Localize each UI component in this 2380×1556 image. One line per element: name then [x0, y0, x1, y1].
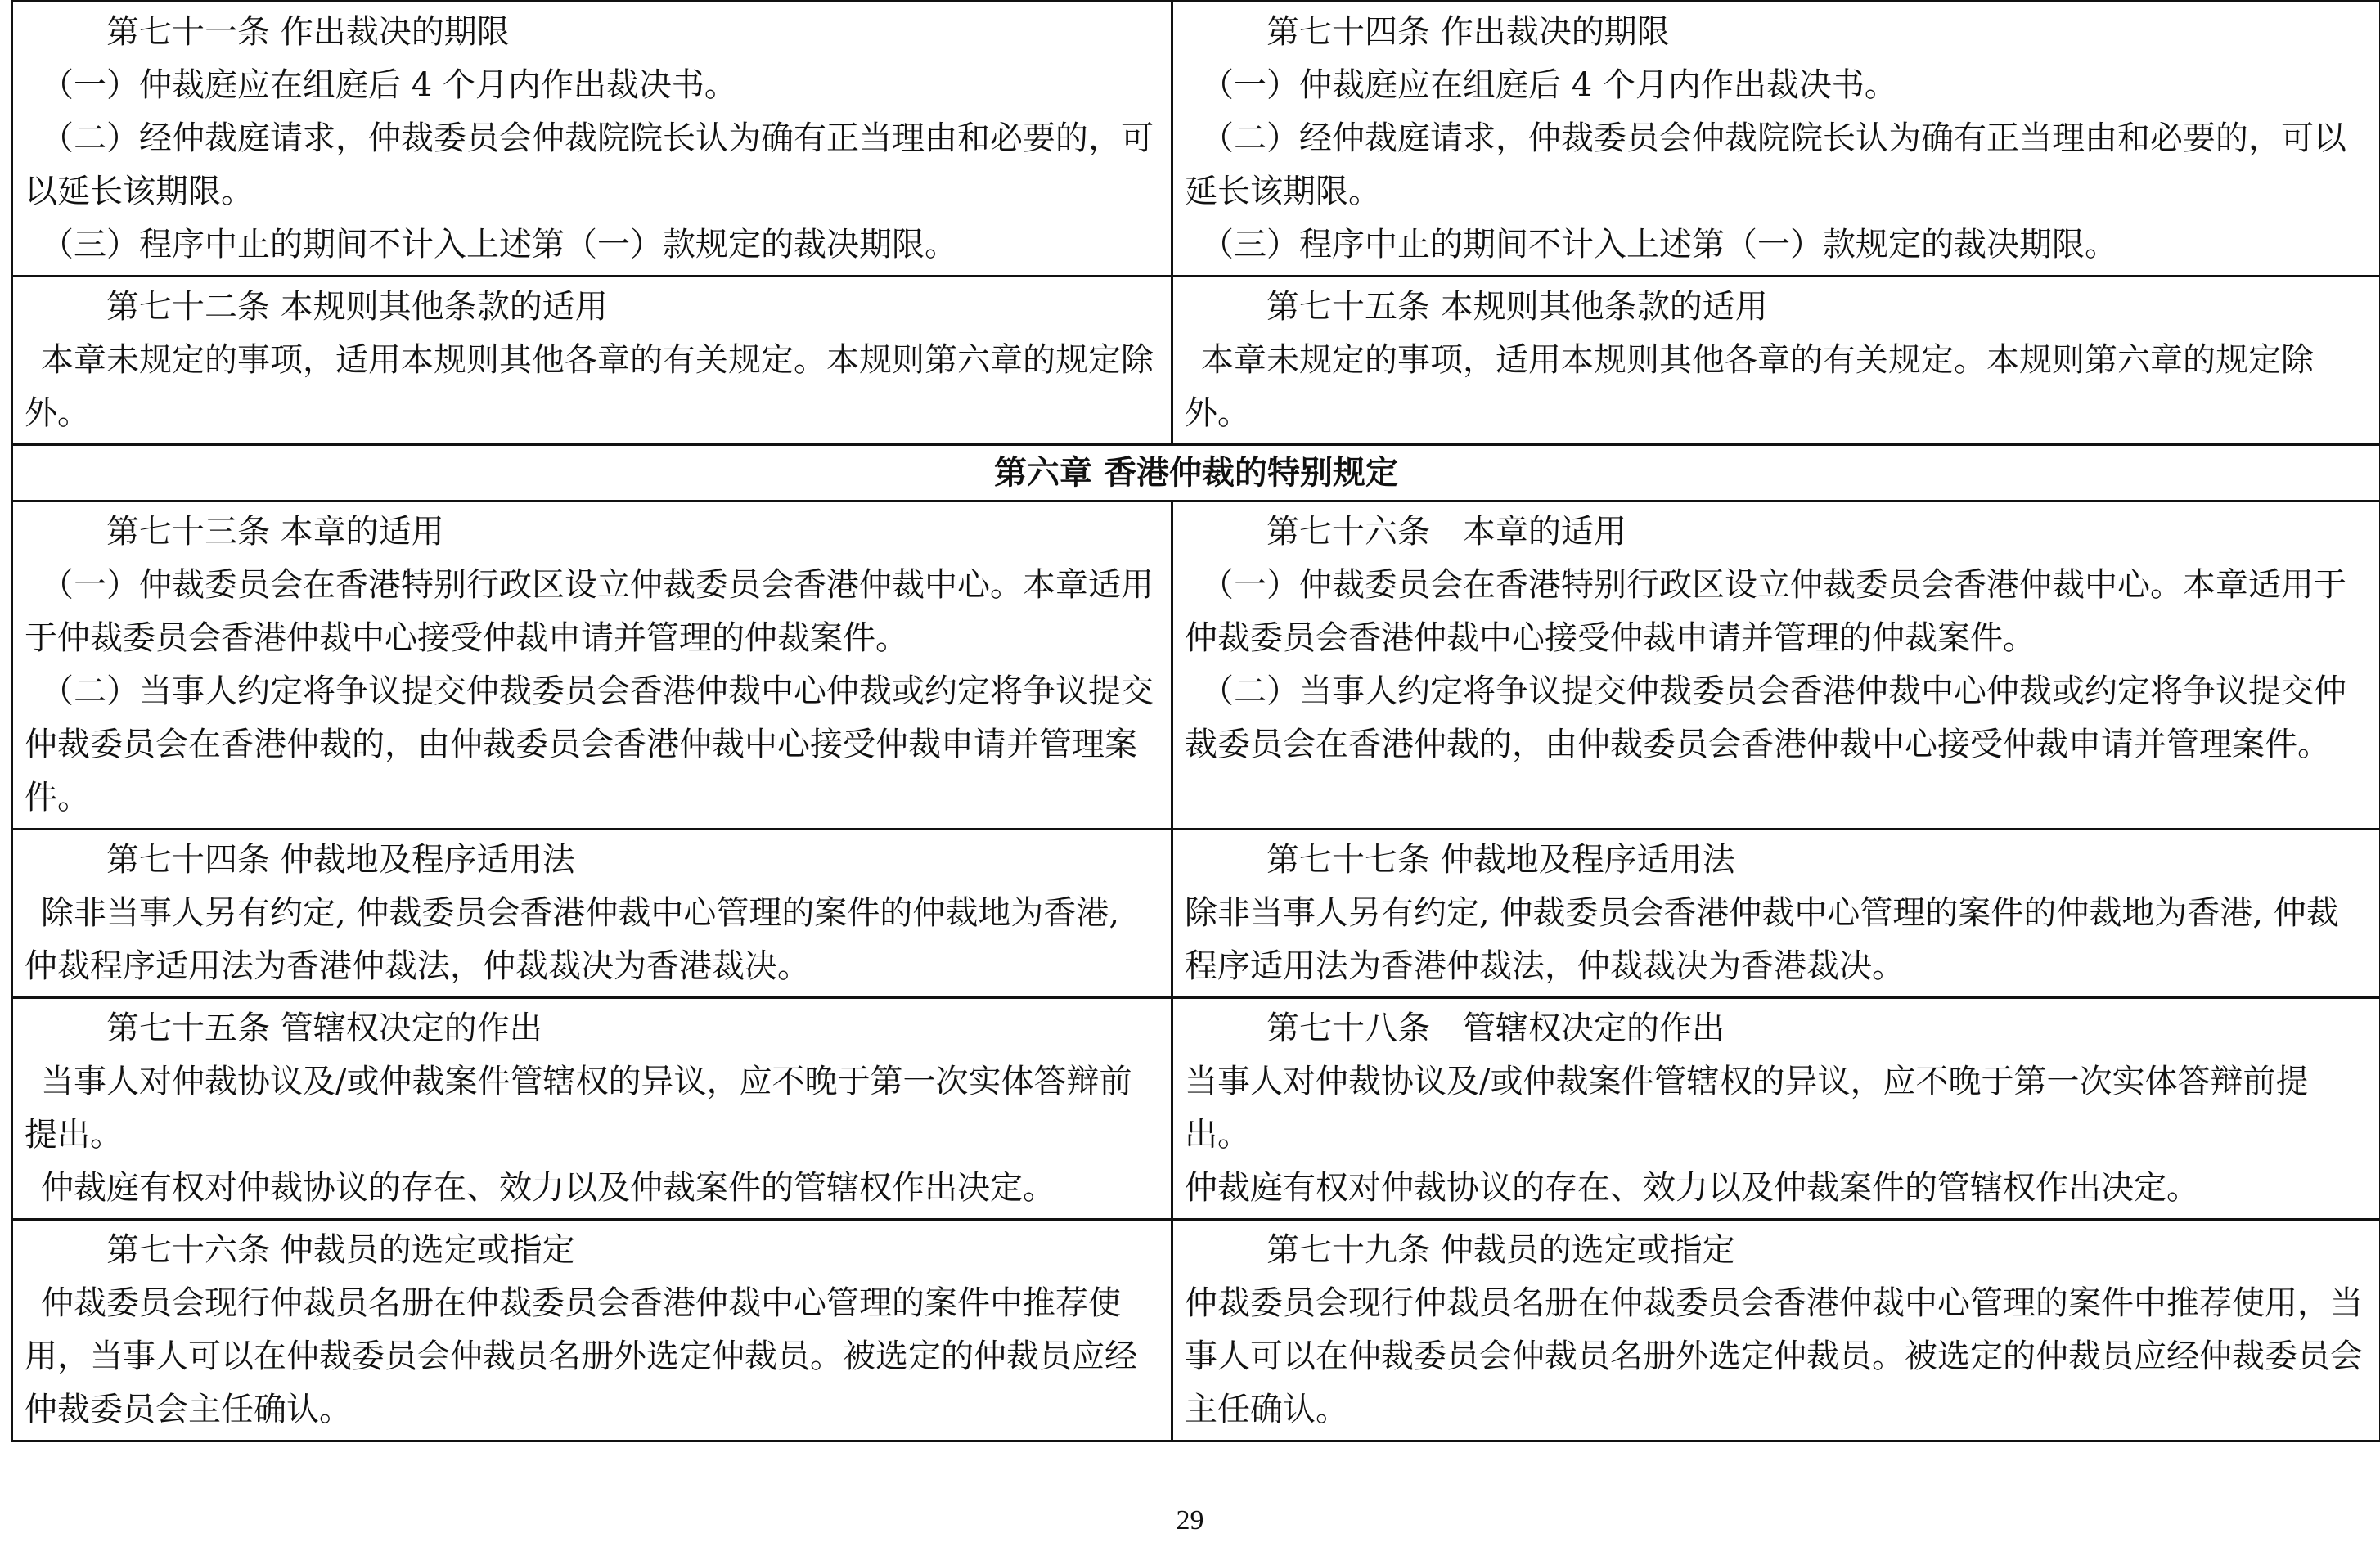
document-page: 第七十一条 作出裁决的期限 （一）仲裁庭应在组庭后 4 个月内作出裁决书。 （二…: [0, 0, 2380, 1556]
left-cell-article-74: 第七十四条 仲裁地及程序适用法 除非当事人另有约定, 仲裁委员会香港仲裁中心管理…: [12, 830, 1172, 998]
article-title: 第七十一条 作出裁决的期限: [25, 6, 1154, 59]
article-paragraph: 仲裁委员会现行仲裁员名册在仲裁委员会香港仲裁中心管理的案件中推荐使用，当事人可以…: [1185, 1277, 2363, 1437]
article-title: 第七十五条 管辖权决定的作出: [25, 1002, 1154, 1055]
right-cell-article-76: 第七十六条 本章的适用 （一）仲裁委员会在香港特别行政区设立仲裁委员会香港仲裁中…: [1172, 501, 2380, 830]
left-cell-article-71: 第七十一条 作出裁决的期限 （一）仲裁庭应在组庭后 4 个月内作出裁决书。 （二…: [12, 2, 1172, 277]
article-paragraph: （三）程序中止的期间不计入上述第（一）款规定的裁决期限。: [25, 218, 1154, 272]
article-paragraph: 本章未规定的事项，适用本规则其他各章的有关规定。本规则第六章的规定除外。: [25, 334, 1154, 440]
article-title: 第七十七条 仲裁地及程序适用法: [1185, 834, 2363, 887]
left-cell-article-72: 第七十二条 本规则其他条款的适用 本章未规定的事项，适用本规则其他各章的有关规定…: [12, 277, 1172, 445]
article-paragraph: （二）当事人约定将争议提交仲裁委员会香港仲裁中心仲裁或约定将争议提交仲裁委员会在…: [1185, 665, 2363, 771]
table-row: 第七十一条 作出裁决的期限 （一）仲裁庭应在组庭后 4 个月内作出裁决书。 （二…: [12, 2, 2380, 277]
right-cell-article-75: 第七十五条 本规则其他条款的适用 本章未规定的事项，适用本规则其他各章的有关规定…: [1172, 277, 2380, 445]
article-title: 第七十九条 仲裁员的选定或指定: [1185, 1224, 2363, 1277]
article-title: 第七十六条 本章的适用: [1185, 506, 2363, 559]
article-paragraph: （二）当事人约定将争议提交仲裁委员会香港仲裁中心仲裁或约定将争议提交仲裁委员会在…: [25, 665, 1154, 825]
left-cell-article-76: 第七十六条 仲裁员的选定或指定 仲裁委员会现行仲裁员名册在仲裁委员会香港仲裁中心…: [12, 1220, 1172, 1441]
left-cell-article-75: 第七十五条 管辖权决定的作出 当事人对仲裁协议及/或仲裁案件管辖权的异议，应不晚…: [12, 998, 1172, 1220]
article-paragraph: 仲裁委员会现行仲裁员名册在仲裁委员会香港仲裁中心管理的案件中推荐使用，当事人可以…: [25, 1277, 1154, 1437]
article-paragraph: 仲裁庭有权对仲裁协议的存在、效力以及仲裁案件的管辖权作出决定。: [1185, 1162, 2363, 1215]
article-paragraph: （三）程序中止的期间不计入上述第（一）款规定的裁决期限。: [1185, 218, 2363, 272]
article-paragraph: （二）经仲裁庭请求，仲裁委员会仲裁院院长认为确有正当理由和必要的，可以延长该期限…: [1185, 112, 2363, 218]
table-row: 第七十三条 本章的适用 （一）仲裁委员会在香港特别行政区设立仲裁委员会香港仲裁中…: [12, 501, 2380, 830]
article-paragraph: 本章未规定的事项，适用本规则其他各章的有关规定。本规则第六章的规定除外。: [1185, 334, 2363, 440]
article-paragraph: 除非当事人另有约定, 仲裁委员会香港仲裁中心管理的案件的仲裁地为香港, 仲裁程序…: [1185, 887, 2363, 993]
table-row: 第七十四条 仲裁地及程序适用法 除非当事人另有约定, 仲裁委员会香港仲裁中心管理…: [12, 830, 2380, 998]
article-title: 第七十二条 本规则其他条款的适用: [25, 281, 1154, 334]
right-cell-article-74: 第七十四条 作出裁决的期限 （一）仲裁庭应在组庭后 4 个月内作出裁决书。 （二…: [1172, 2, 2380, 277]
article-paragraph: （一）仲裁委员会在香港特别行政区设立仲裁委员会香港仲裁中心。本章适用于仲裁委员会…: [25, 559, 1154, 665]
table-row: 第七十五条 管辖权决定的作出 当事人对仲裁协议及/或仲裁案件管辖权的异议，应不晚…: [12, 998, 2380, 1220]
article-title: 第七十四条 仲裁地及程序适用法: [25, 834, 1154, 887]
right-cell-article-78: 第七十八条 管辖权决定的作出 当事人对仲裁协议及/或仲裁案件管辖权的异议，应不晚…: [1172, 998, 2380, 1220]
rules-comparison-table: 第七十一条 作出裁决的期限 （一）仲裁庭应在组庭后 4 个月内作出裁决书。 （二…: [11, 0, 2380, 1442]
left-cell-article-73: 第七十三条 本章的适用 （一）仲裁委员会在香港特别行政区设立仲裁委员会香港仲裁中…: [12, 501, 1172, 830]
article-paragraph: （一）仲裁委员会在香港特别行政区设立仲裁委员会香港仲裁中心。本章适用于仲裁委员会…: [1185, 559, 2363, 665]
chapter-heading: 第六章 香港仲裁的特别规定: [12, 445, 2380, 501]
article-paragraph: 除非当事人另有约定, 仲裁委员会香港仲裁中心管理的案件的仲裁地为香港, 仲裁程序…: [25, 887, 1154, 993]
table-row: 第七十六条 仲裁员的选定或指定 仲裁委员会现行仲裁员名册在仲裁委员会香港仲裁中心…: [12, 1220, 2380, 1441]
right-cell-article-79: 第七十九条 仲裁员的选定或指定 仲裁委员会现行仲裁员名册在仲裁委员会香港仲裁中心…: [1172, 1220, 2380, 1441]
article-title: 第七十五条 本规则其他条款的适用: [1185, 281, 2363, 334]
article-paragraph: 当事人对仲裁协议及/或仲裁案件管辖权的异议，应不晚于第一次实体答辩前提出。: [1185, 1055, 2363, 1162]
article-title: 第七十三条 本章的适用: [25, 506, 1154, 559]
page-number: 29: [0, 1505, 2380, 1536]
right-cell-article-77: 第七十七条 仲裁地及程序适用法 除非当事人另有约定, 仲裁委员会香港仲裁中心管理…: [1172, 830, 2380, 998]
article-paragraph: 当事人对仲裁协议及/或仲裁案件管辖权的异议，应不晚于第一次实体答辩前提出。: [25, 1055, 1154, 1162]
article-paragraph: （二）经仲裁庭请求，仲裁委员会仲裁院院长认为确有正当理由和必要的，可以延长该期限…: [25, 112, 1154, 218]
article-paragraph: （一）仲裁庭应在组庭后 4 个月内作出裁决书。: [25, 59, 1154, 112]
article-paragraph: （一）仲裁庭应在组庭后 4 个月内作出裁决书。: [1185, 59, 2363, 112]
article-title: 第七十八条 管辖权决定的作出: [1185, 1002, 2363, 1055]
article-paragraph: 仲裁庭有权对仲裁协议的存在、效力以及仲裁案件的管辖权作出决定。: [25, 1162, 1154, 1215]
article-title: 第七十六条 仲裁员的选定或指定: [25, 1224, 1154, 1277]
table-row: 第七十二条 本规则其他条款的适用 本章未规定的事项，适用本规则其他各章的有关规定…: [12, 277, 2380, 445]
chapter-heading-row: 第六章 香港仲裁的特别规定: [12, 445, 2380, 501]
article-title: 第七十四条 作出裁决的期限: [1185, 6, 2363, 59]
